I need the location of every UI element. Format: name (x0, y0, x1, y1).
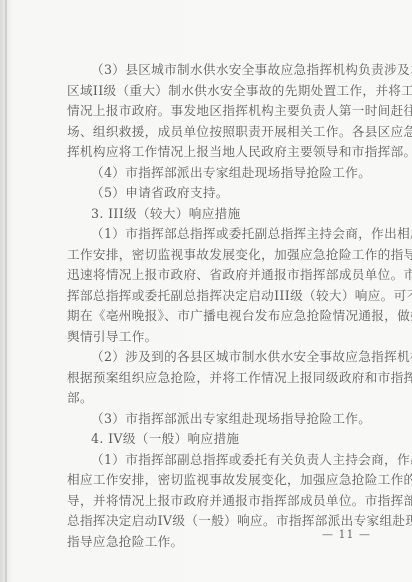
section-heading: 3. III级（较大）响应措施 (67, 204, 351, 225)
heading-level-iii-response: 3. III级（较大）响应措施 (67, 204, 351, 225)
text-line: 挥机构应将工作情况上报当地人民政府主要领导和市指挥部。 (67, 142, 351, 163)
document-body: （3）县区城市制水供水安全事故应急指挥机构负责涉及本 区域II级（重大）制水供水… (67, 60, 351, 552)
page-number: — 11 — (322, 528, 371, 541)
paragraph-level-iii-item-1: （1）市指挥部总指挥或委托副总指挥主持会商，作出相应 工作安排，密切监视事故发展… (67, 224, 351, 347)
text-line: （4）市指挥部派出专家组赴现场指导抢险工作。 (67, 163, 351, 184)
text-line: 相应工作安排，密切监视事故发展变化，加强应急抢险工作的指 (67, 470, 351, 491)
text-line: 情况上报市政府。事发地区指挥机构主要负责人第一时间赶往现 (67, 101, 351, 122)
heading-level-iv-response: 4. IV级（一般）响应措施 (67, 429, 351, 450)
section-heading: 4. IV级（一般）响应措施 (67, 429, 351, 450)
paragraph-level-iii-item-3: （3）市指挥部派出专家组赴现场指导抢险工作。 (67, 409, 351, 430)
text-line: 工作安排，密切监视事故发展变化，加强应急抢险工作的指导， (67, 245, 351, 266)
text-line: （2）涉及到的各县区城市制水供水安全事故应急指挥机构 (67, 347, 351, 368)
text-line: （3）市指挥部派出专家组赴现场指导抢险工作。 (67, 409, 351, 430)
text-line: （3）县区城市制水供水安全事故应急指挥机构负责涉及本 (67, 60, 351, 81)
paragraph-level-iv-item-1: （1）市指挥部副总指挥或委托有关负责人主持会商，作出 相应工作安排，密切监视事故… (67, 450, 351, 553)
text-line: （1）市指挥部副总指挥或委托有关负责人主持会商，作出 (67, 450, 351, 471)
paragraph-expert-team: （4）市指挥部派出专家组赴现场指导抢险工作。 (67, 163, 351, 184)
paragraph-level-iii-item-2: （2）涉及到的各县区城市制水供水安全事故应急指挥机构 根据预案组织应急抢险，并将… (67, 347, 351, 409)
text-line: 总指挥决定启动IV级（一般）响应。市指挥部派出专家组赴现场 (67, 511, 351, 532)
text-line: 部。 (67, 388, 351, 409)
text-line: 挥部总指挥或委托副总指挥决定启动III级（较大）响应。可不定 (67, 286, 351, 307)
paragraph-province-support: （5）申请省政府支持。 (67, 183, 351, 204)
text-line: 期在《亳州晚报》、市广播电视台发布应急抢险情况通报，做好 (67, 306, 351, 327)
text-line: 舆情引导工作。 (67, 327, 351, 348)
document-page: （3）县区城市制水供水安全事故应急指挥机构负责涉及本 区域II级（重大）制水供水… (0, 0, 412, 582)
text-line: 导，并将情况上报市政府并通报市指挥部成员单位。市指挥部副 (67, 491, 351, 512)
text-line: 迅速将情况上报市政府、省政府并通报市指挥部成员单位。市指 (67, 265, 351, 286)
paragraph-county-response: （3）县区城市制水供水安全事故应急指挥机构负责涉及本 区域II级（重大）制水供水… (67, 60, 351, 163)
text-line: 场、组织救援，成员单位按照职责开展相关工作。各县区应急指 (67, 122, 351, 143)
text-line: 区域II级（重大）制水供水安全事故的先期处置工作，并将工作 (67, 81, 351, 102)
text-line: （1）市指挥部总指挥或委托副总指挥主持会商，作出相应 (67, 224, 351, 245)
text-line: 根据预案组织应急抢险，并将工作情况上报同级政府和市指挥 (67, 368, 351, 389)
page-edge-shadow (5, 0, 7, 582)
text-line: 指导应急抢险工作。 (67, 532, 351, 553)
text-line: （5）申请省政府支持。 (67, 183, 351, 204)
